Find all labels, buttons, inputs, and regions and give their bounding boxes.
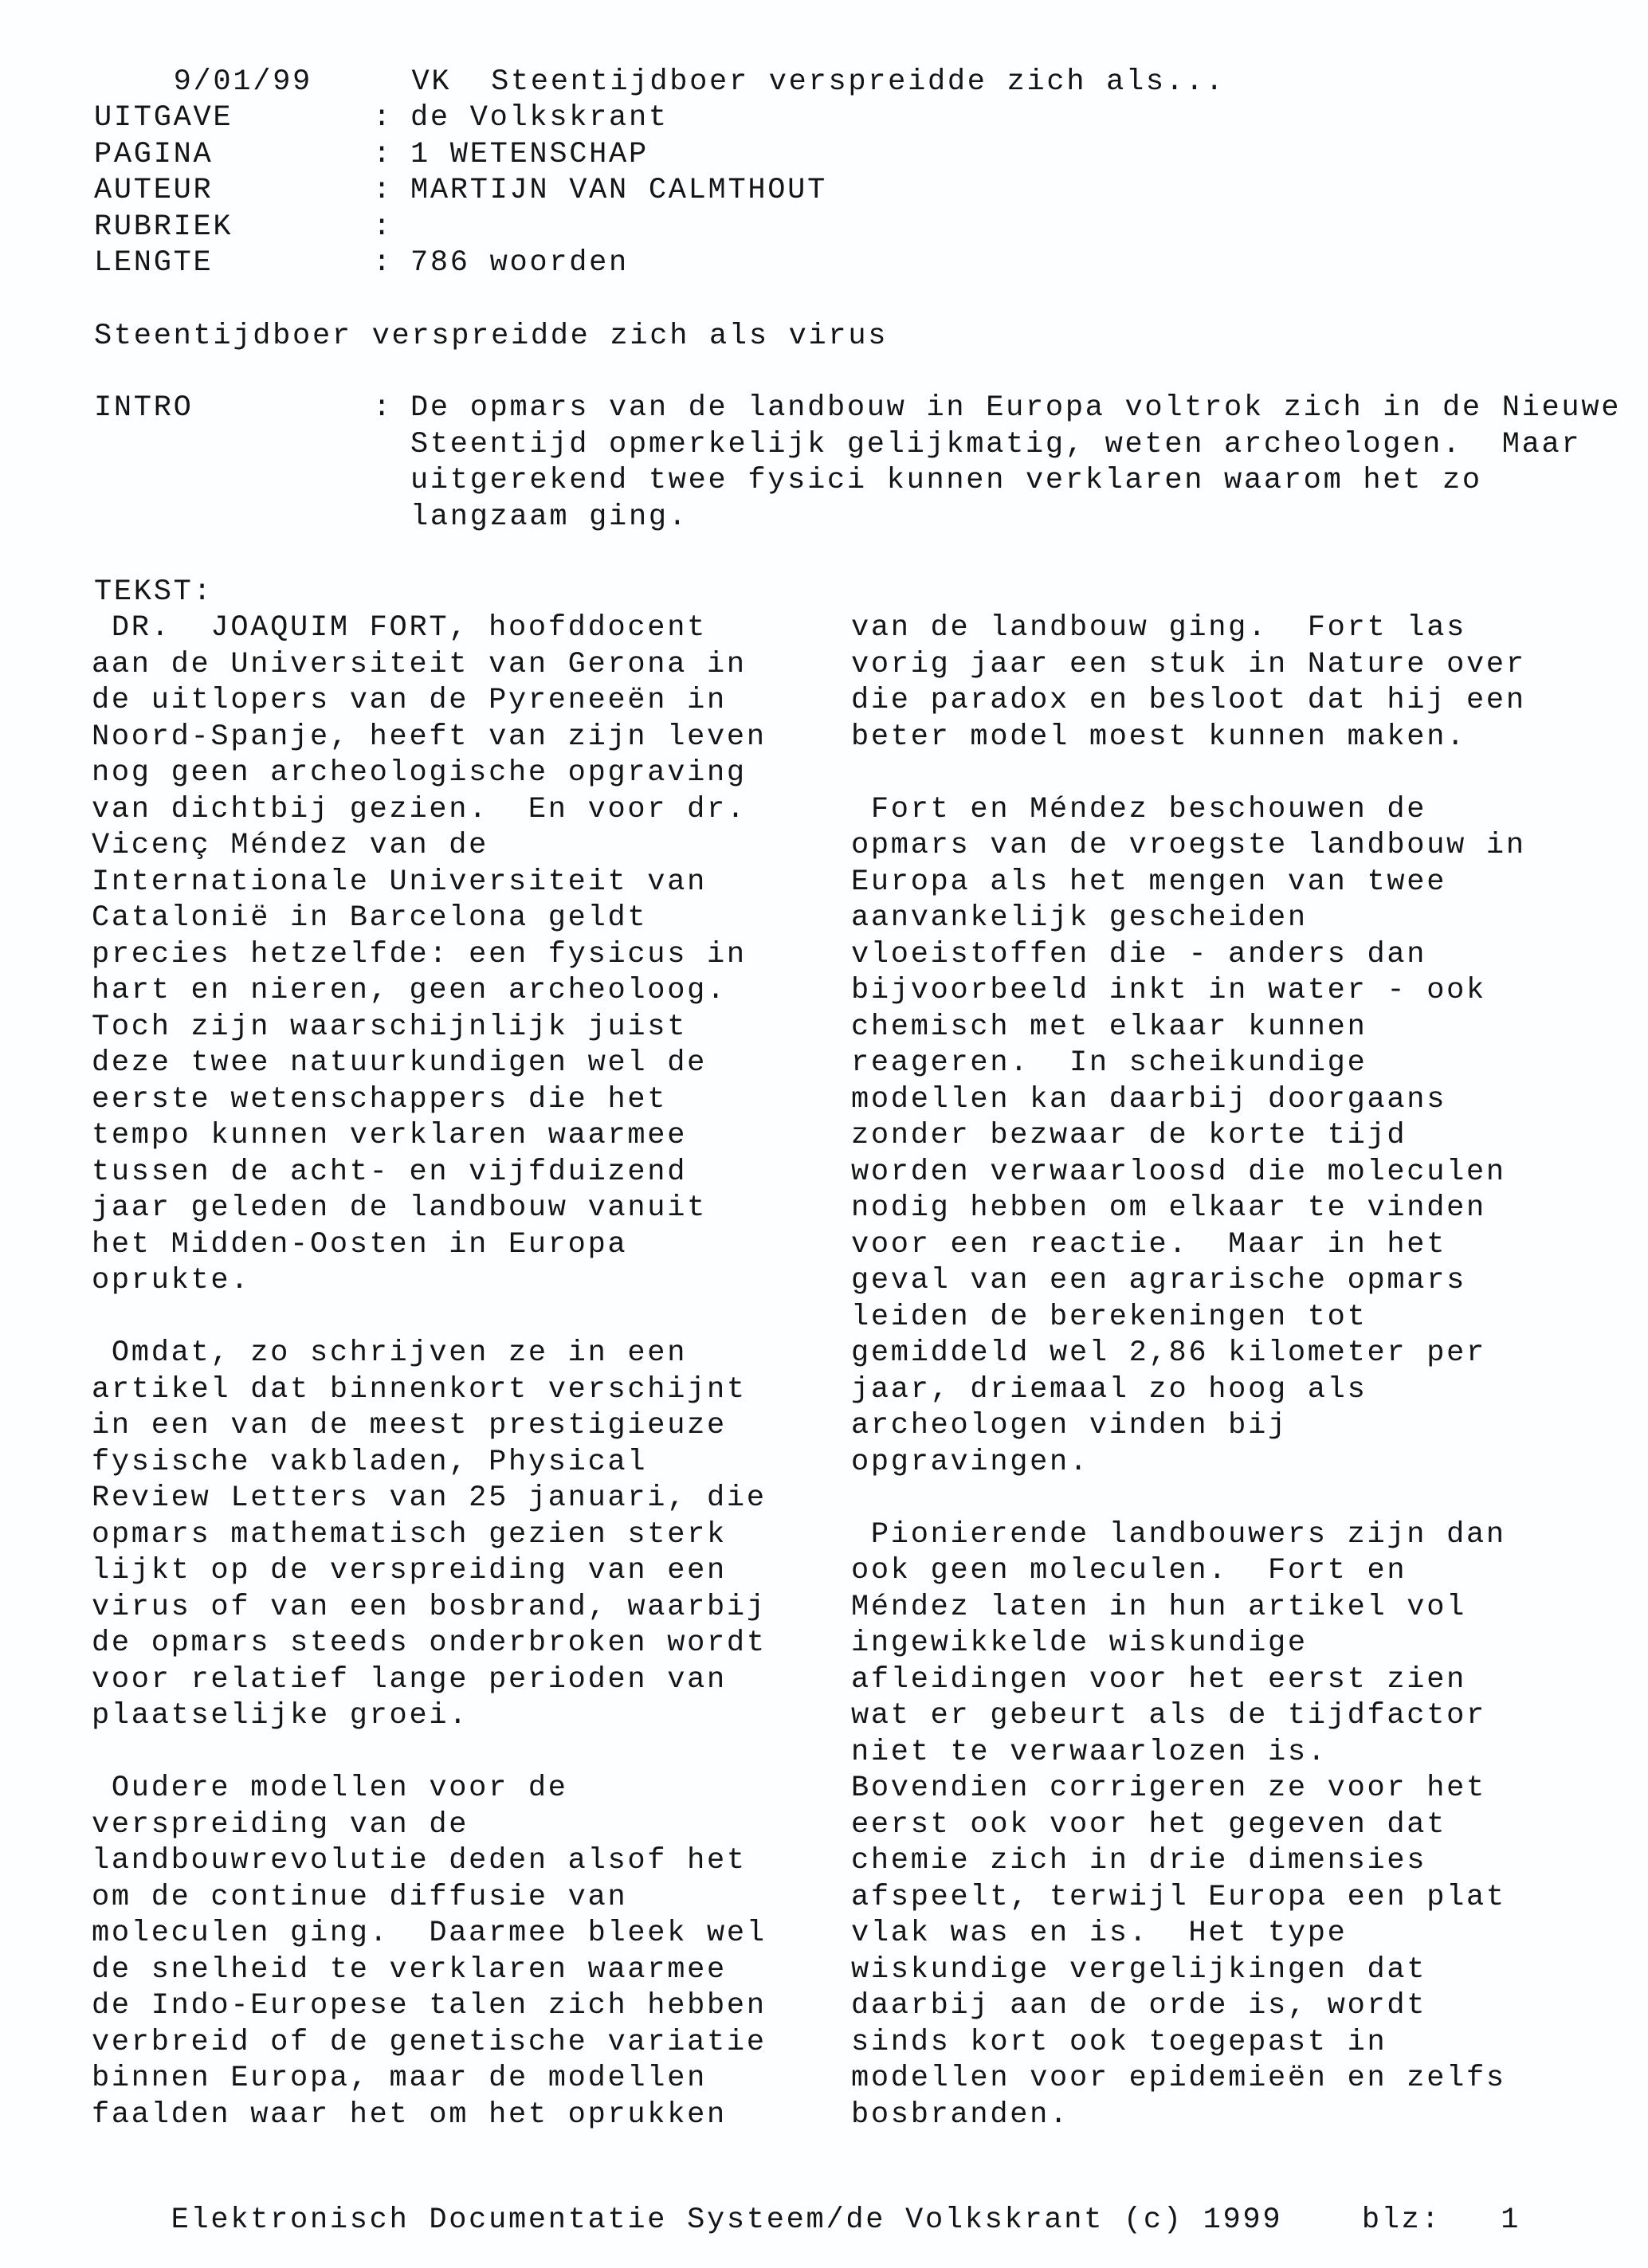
text-line: Bovendien corrigeren ze voor het (851, 1771, 1526, 1807)
text-line: lijkt op de verspreiding van een (92, 1553, 767, 1590)
text-line: beter model moest kunnen maken. (851, 720, 1526, 756)
text-line: voor een reactie. Maar in het (851, 1227, 1526, 1264)
text-line: oprukte. (92, 1263, 767, 1300)
text-line: van de landbouw ging. Fort las (851, 610, 1526, 647)
text-line: Fort en Méndez beschouwen de (851, 792, 1526, 829)
meta-label: AUTEUR (94, 173, 373, 210)
text-line: Omdat, zo schrijven ze in een (92, 1336, 767, 1372)
text-line: tussen de acht- en vijfduizend (92, 1155, 767, 1191)
text-line: Vicenç Méndez van de (92, 828, 767, 865)
text-line: in een van de meest prestigieuze (92, 1408, 767, 1445)
text-line: gemiddeld wel 2,86 kilometer per (851, 1336, 1526, 1372)
text-line: de Indo-Europese talen zich hebben (92, 1988, 767, 2025)
text-line: wat er gebeurt als de tijdfactor (851, 1698, 1526, 1735)
meta-colon: : (373, 137, 410, 174)
text-line: moleculen ging. Daarmee bleek wel (92, 1916, 767, 1952)
text-line: reageren. In scheikundige (851, 1046, 1526, 1082)
text-line: worden verwaarloosd die moleculen (851, 1155, 1526, 1191)
text-line: chemisch met elkaar kunnen (851, 1010, 1526, 1046)
text-line: chemie zich in drie dimensies (851, 1843, 1526, 1880)
meta-value: 1 WETENSCHAP (410, 137, 649, 174)
text-line: modellen voor epidemieën en zelfs (851, 2061, 1526, 2097)
text-line: verspreiding van de (92, 1807, 767, 1844)
text-line: eerst ook voor het gegeven dat (851, 1807, 1526, 1844)
meta-row-lengte: LENGTE:786 woorden (94, 245, 827, 282)
meta-colon: : (373, 245, 410, 282)
text-line: opgravingen. (851, 1445, 1526, 1481)
meta-label: RUBRIEK (94, 210, 373, 246)
text-line: jaar geleden de landbouw vanuit (92, 1191, 767, 1227)
text-line: nodig hebben om elkaar te vinden (851, 1191, 1526, 1227)
meta-label: UITGAVE (94, 100, 373, 137)
text-line: die paradox en besloot dat hij een (851, 683, 1526, 720)
meta-row-pagina: PAGINA:1 WETENSCHAP (94, 137, 827, 174)
text-line (851, 1481, 1526, 1517)
meta-row-auteur: AUTEUR:MARTIJN VAN CALMTHOUT (94, 173, 827, 210)
text-line: landbouwrevolutie deden alsof het (92, 1843, 767, 1880)
tekst-label: TEKST: (94, 575, 213, 611)
text-line: ook geen moleculen. Fort en (851, 1553, 1526, 1590)
meta-value: 786 woorden (410, 245, 629, 282)
meta-block: UITGAVE:de VolkskrantPAGINA:1 WETENSCHAP… (94, 100, 827, 282)
text-line: vloeistoffen die - anders dan (851, 937, 1526, 974)
text-line: vorig jaar een stuk in Nature over (851, 647, 1526, 684)
text-line: Méndez laten in hun artikel vol (851, 1590, 1526, 1626)
intro-label: INTRO (94, 390, 373, 536)
meta-colon: : (373, 100, 410, 137)
meta-row-rubriek: RUBRIEK: (94, 210, 827, 246)
footer-source: Elektronisch Documentatie Systeem/de Vol… (171, 2203, 1283, 2237)
text-line: bosbranden. (851, 2097, 1526, 2134)
text-line: jaar, driemaal zo hoog als (851, 1372, 1526, 1409)
intro-line: uitgerekend twee fysici kunnen verklaren… (410, 463, 1621, 500)
footer-page-label: blz: (1362, 2203, 1442, 2237)
text-line: nog geen archeologische opgraving (92, 755, 767, 792)
text-line: voor relatief lange perioden van (92, 1662, 767, 1699)
meta-colon: : (373, 173, 410, 210)
text-line: wiskundige vergelijkingen dat (851, 1952, 1526, 1989)
meta-row-uitgave: UITGAVE:de Volkskrant (94, 100, 827, 137)
text-line (851, 755, 1526, 792)
meta-label: PAGINA (94, 137, 373, 174)
text-line: bijvoorbeeld inkt in water - ook (851, 973, 1526, 1010)
text-line: faalden waar het om het oprukken (92, 2097, 767, 2134)
intro-text: De opmars van de landbouw in Europa volt… (410, 390, 1621, 536)
intro-colon: : (373, 390, 410, 536)
meta-label: LENGTE (94, 245, 373, 282)
intro-line: Steentijd opmerkelijk gelijkmatig, weten… (410, 427, 1621, 464)
text-line: verbreid of de genetische variatie (92, 2025, 767, 2062)
text-line: leiden de berekeningen tot (851, 1300, 1526, 1336)
text-line: plaatselijke groei. (92, 1698, 767, 1735)
text-line: precies hetzelfde: een fysicus in (92, 937, 767, 974)
text-line: Noord-Spanje, heeft van zijn leven (92, 720, 767, 756)
text-line: zonder bezwaar de korte tijd (851, 1118, 1526, 1155)
text-line: Oudere modellen voor de (92, 1771, 767, 1807)
text-line: Catalonië in Barcelona geldt (92, 901, 767, 937)
intro-line: langzaam ging. (410, 500, 1621, 536)
text-line: de opmars steeds onderbroken wordt (92, 1626, 767, 1662)
meta-colon: : (373, 210, 410, 246)
text-line: de uitlopers van de Pyreneeën in (92, 683, 767, 720)
text-line: vlak was en is. Het type (851, 1916, 1526, 1952)
text-line: DR. JOAQUIM FORT, hoofddocent (92, 610, 767, 647)
text-line: om de continue diffusie van (92, 1880, 767, 1917)
text-line: virus of van een bosbrand, waarbij (92, 1590, 767, 1626)
text-line (92, 1735, 767, 1772)
text-line: Toch zijn waarschijnlijk juist (92, 1010, 767, 1046)
text-line: Europa als het mengen van twee (851, 865, 1526, 901)
text-line: van dichtbij gezien. En voor dr. (92, 792, 767, 829)
intro-line: De opmars van de landbouw in Europa volt… (410, 390, 1621, 427)
document-header: 9/01/99 VK Steentijdboer verspreidde zic… (94, 28, 1226, 65)
text-line: opmars mathematisch gezien sterk (92, 1517, 767, 1554)
text-line: hart en nieren, geen archeoloog. (92, 973, 767, 1010)
text-line: daarbij aan de orde is, wordt (851, 1988, 1526, 2025)
text-line: fysische vakbladen, Physical (92, 1445, 767, 1481)
intro-block: INTRO : De opmars van de landbouw in Eur… (94, 390, 1621, 536)
text-line: aan de Universiteit van Gerona in (92, 647, 767, 684)
text-line: tempo kunnen verklaren waarmee (92, 1118, 767, 1155)
text-line: geval van een agrarische opmars (851, 1263, 1526, 1300)
text-line: eerste wetenschappers die het (92, 1082, 767, 1119)
text-line: aanvankelijk gescheiden (851, 901, 1526, 937)
text-line: opmars van de vroegste landbouw in (851, 828, 1526, 865)
text-line: afleidingen voor het eerst zien (851, 1662, 1526, 1699)
text-line: de snelheid te verklaren waarmee (92, 1952, 767, 1989)
document-page: 9/01/99 VK Steentijdboer verspreidde zic… (0, 0, 1648, 2268)
text-line: Internationale Universiteit van (92, 865, 767, 901)
text-line: binnen Europa, maar de modellen (92, 2061, 767, 2097)
article-column-left: DR. JOAQUIM FORT, hoofddocentaan de Univ… (92, 610, 767, 2133)
meta-value: MARTIJN VAN CALMTHOUT (410, 173, 827, 210)
document-footer: Elektronisch Documentatie Systeem/de Vol… (92, 2166, 1520, 2203)
article-column-right: van de landbouw ging. Fort lasvorig jaar… (851, 610, 1526, 2133)
text-line: niet te verwaarlozen is. (851, 1735, 1526, 1772)
text-line: het Midden-Oosten in Europa (92, 1227, 767, 1264)
text-line: artikel dat binnenkort verschijnt (92, 1372, 767, 1409)
header-source-code: VK (411, 65, 451, 99)
header-date: 9/01/99 (174, 65, 312, 99)
text-line: sinds kort ook toegepast in (851, 2025, 1526, 2062)
text-line: ingewikkelde wiskundige (851, 1626, 1526, 1662)
article-title: Steentijdboer verspreidde zich als virus (94, 319, 888, 355)
text-line: archeologen vinden bij (851, 1408, 1526, 1445)
meta-value: de Volkskrant (410, 100, 669, 137)
header-short-title: Steentijdboer verspreidde zich als... (491, 65, 1225, 99)
text-line: modellen kan daarbij doorgaans (851, 1082, 1526, 1119)
text-line: afspeelt, terwijl Europa een plat (851, 1880, 1526, 1917)
footer-page-number: 1 (1501, 2203, 1520, 2237)
text-line: deze twee natuurkundigen wel de (92, 1046, 767, 1082)
text-line: Review Letters van 25 januari, die (92, 1481, 767, 1517)
text-line (92, 1300, 767, 1336)
text-line: Pionierende landbouwers zijn dan (851, 1517, 1526, 1554)
